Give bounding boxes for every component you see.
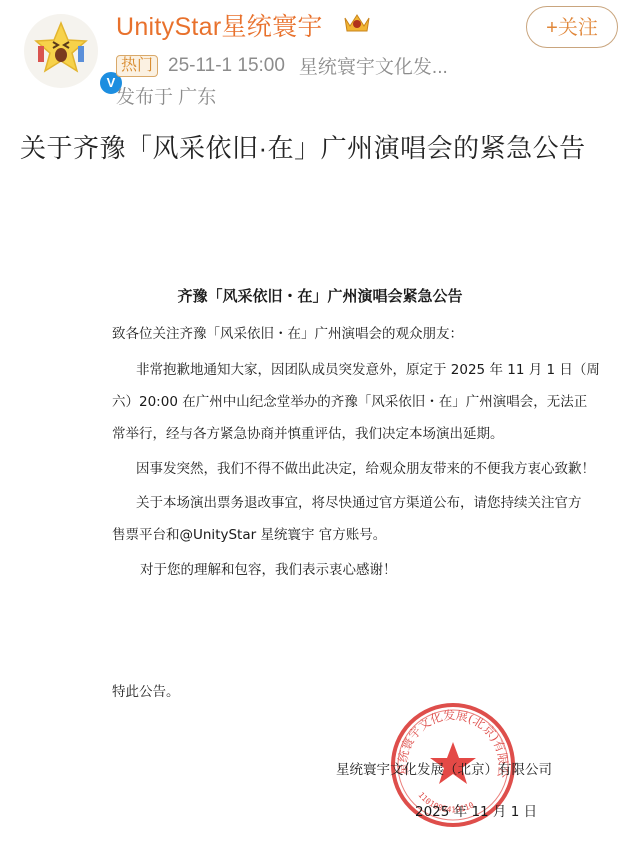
signature-date: 2025 年 11 月 1 日 [415,800,537,820]
paragraph-1-line-2: 六）20:00 在广州中山纪念堂举办的齐豫「风采依旧・在」广州演唱会，无法正 [112,390,587,410]
announcement-image[interactable]: 齐豫「风采依旧・在」广州演唱会紧急公告 致各位关注齐豫「风采依旧・在」广州演唱会… [0,180,640,848]
crown-badge-icon [342,10,372,34]
post-header: V UnityStar星统寰宇 热门 25-11-1 15:00 星统寰宇文化发… [0,0,640,115]
follow-button[interactable]: +关注 [526,6,618,48]
paragraph-1-line-1: 非常抱歉地通知大家，因团队成员突发意外，原定于 2025 年 11 月 1 日（… [136,358,600,378]
username-link[interactable]: UnityStar星统寰宇 [116,7,323,43]
company-signature: 星统寰宇文化发展（北京）有限公司 [336,758,552,778]
paragraph-3-line-2: 售票平台和@UnityStar 星统寰宇 官方账号。 [112,523,386,543]
post-meta: 热门 25-11-1 15:00 星统寰宇文化发... [116,52,448,79]
post-text: 关于齐豫「风采依旧·在」广州演唱会的紧急公告 [20,128,586,165]
paragraph-3-line-1: 关于本场演出票务退改事宜，将尽快通过官方渠道公布，请您持续关注官方 [136,491,582,511]
star-mascot-icon [32,20,90,78]
post-timestamp: 25-11-1 15:00 [168,55,285,77]
hot-badge: 热门 [116,55,158,77]
avatar[interactable]: V [24,14,98,88]
salutation: 致各位关注齐豫「风采依旧・在」广州演唱会的观众朋友： [112,322,463,342]
post-location: 发布于 广东 [116,82,216,109]
post-source: 星统寰宇文化发... [299,52,448,79]
document-title: 齐豫「风采依旧・在」广州演唱会紧急公告 [0,285,640,306]
closing: 特此公告。 [112,680,180,700]
paragraph-2: 因事发突然，我们不得不做出此决定，给观众朋友带来的不便我方衷心致歉！ [136,457,595,477]
paragraph-1-line-3: 常举行，经与各方紧急协商并慎重评估，我们决定本场演出延期。 [112,422,504,442]
paragraph-4: 对于您的理解和包容，我们表示衷心感谢！ [140,558,397,578]
